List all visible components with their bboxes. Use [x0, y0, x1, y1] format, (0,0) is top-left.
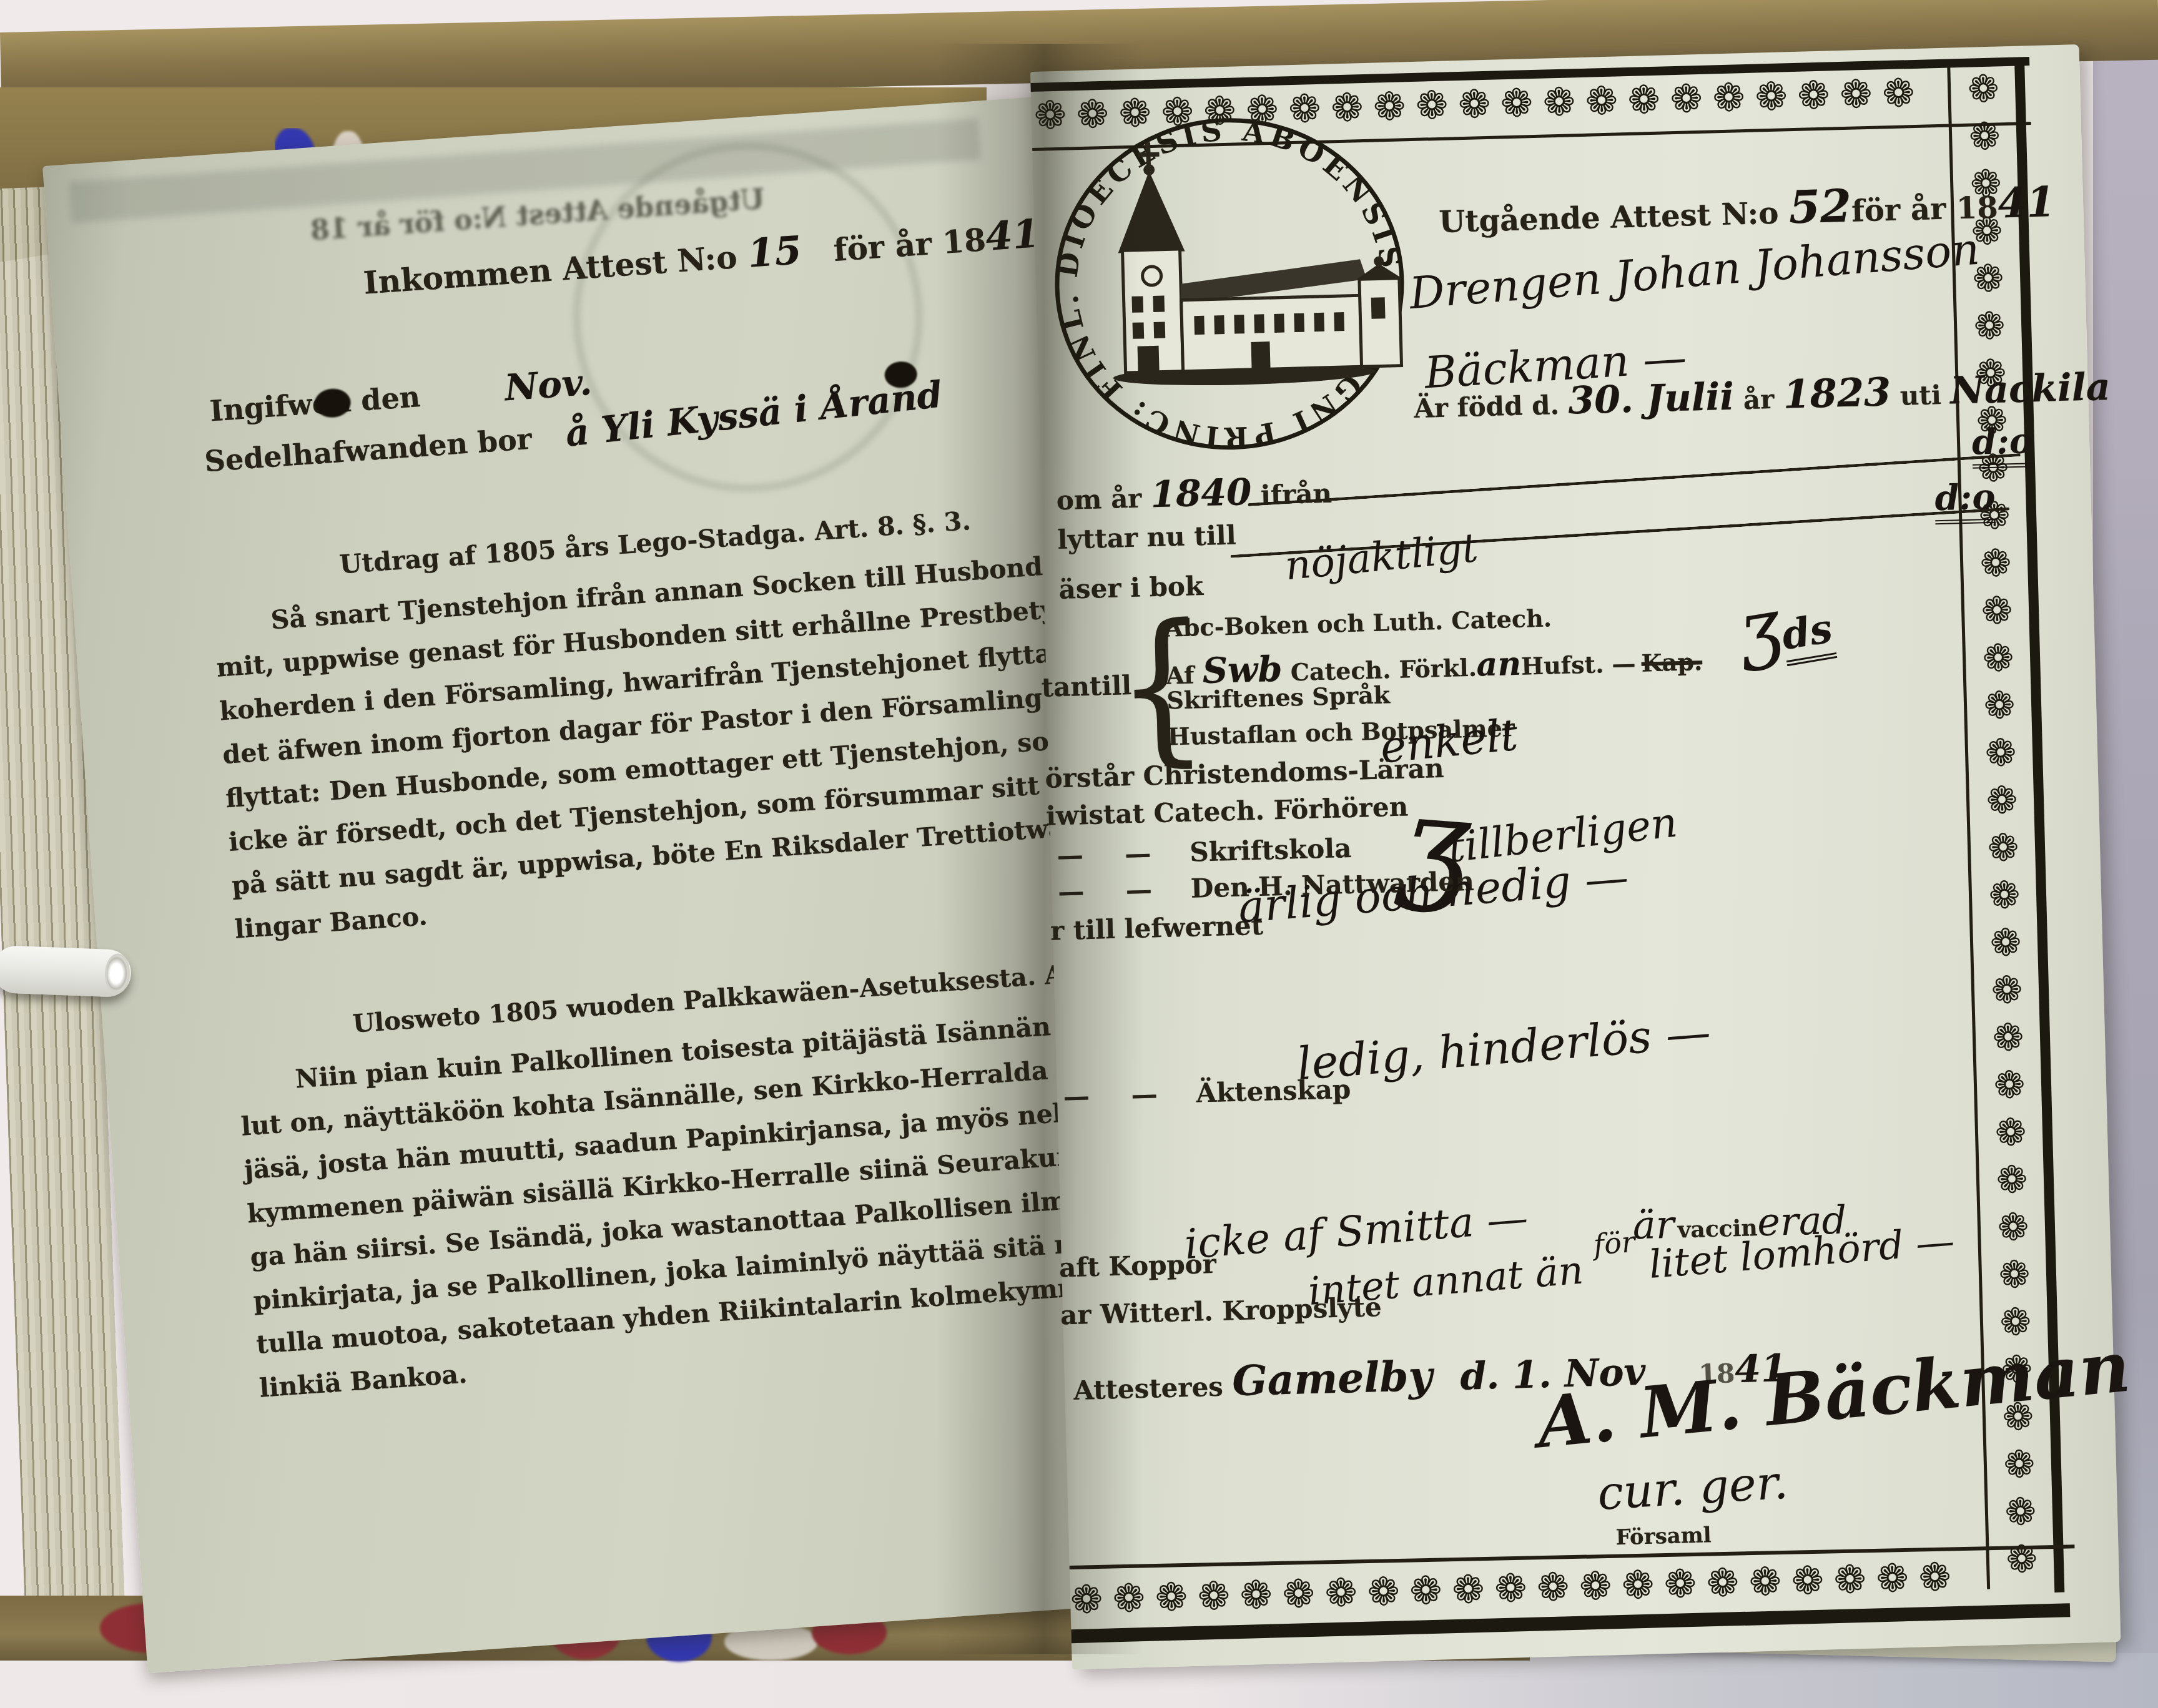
foersaml-small-print: Församl	[1615, 1523, 1712, 1550]
right-page: ❁❁❁❁❁❁❁❁❁❁❁❁❁❁❁❁❁❁❁❁❁ ❁ ❁ ❁ ❁ ❁ ❁ ❁ ❁ ❁ …	[1030, 44, 2121, 1669]
nattvard-dashes: — —	[1058, 874, 1169, 908]
reads-value-handwritten: nöjaktligt	[1283, 525, 1481, 589]
defect-sup-insertion: för	[1592, 1225, 1637, 1262]
born-label: Är född d.	[1414, 390, 1560, 424]
right-title-year-handwritten: 41	[1998, 177, 2056, 227]
cat-row2-hufst: Hufst.	[1521, 650, 1604, 680]
left-title-year-label: för år 18	[832, 221, 987, 268]
cat-row2-dash: —	[1612, 649, 1633, 678]
came-ditto-handwritten: d:o	[1971, 420, 2033, 469]
cat-grade-big: ʒ	[1732, 582, 1788, 674]
attest-place-handwritten: Gamelby	[1231, 1352, 1432, 1405]
holder-label: Sedelhafwanden bor	[204, 422, 533, 479]
came-label: om år	[1056, 483, 1142, 516]
born-place-handwritten: Nackila	[1949, 365, 2111, 413]
attest-label: Attesteres	[1073, 1372, 1224, 1406]
came-from-label: ifrån	[1260, 478, 1332, 511]
attended-row: iwistat Catech. Förhören	[1046, 792, 1409, 832]
left-title-number-handwritten: 15	[746, 227, 803, 277]
photo-of-open-church-attest-book: { "photo":{"width":3456,"height":2736,"s…	[0, 0, 2158, 1708]
cat-row2-kap-struck: Kap.	[1641, 647, 1703, 677]
received-value-handwritten: Nov.	[503, 361, 593, 410]
catechism-row-1: Abc-Boken och Luth. Catech.	[1165, 604, 1552, 642]
cat-grade-small: ds	[1778, 605, 1837, 666]
diocese-seal: DIOECESIS ABOENSIS. MAGNI PRINC: FINL.	[1025, 90, 1447, 488]
page-holder-tube	[0, 945, 132, 998]
left-page: Utgående Attest N:o för år 18 Inkommen A…	[42, 94, 1188, 1674]
born-day-handwritten: 30. Julii	[1568, 375, 1735, 423]
born-uti-label: uti	[1899, 380, 1941, 411]
skriftskola-dashes: — —	[1057, 838, 1168, 871]
conduct-row: r till lefwernet	[1050, 910, 1263, 946]
moves-ditto-handwritten: d:o	[1934, 476, 1996, 525]
right-title-label: Utgående Attest N:o	[1439, 196, 1779, 240]
born-year-handwritten: 1823	[1783, 369, 1891, 417]
marriage-dashes: — —	[1063, 1079, 1174, 1112]
came-row: om år 1840 ifrån	[1056, 469, 1333, 519]
signature-title-handwritten: cur. ger.	[1596, 1455, 1790, 1520]
came-year-handwritten: 1840	[1150, 471, 1252, 516]
finnish-paragraph: Niin pian kuin Palkollinen toisesta pitä…	[237, 1001, 1121, 1410]
born-year-label: år	[1743, 384, 1775, 415]
cat-row2-an-handwritten: an	[1476, 645, 1522, 684]
moves-row: lyttar nu till	[1057, 520, 1236, 555]
swedish-paragraph: Så snart Tjenstehjon ifrån annan Socken …	[212, 543, 1083, 951]
right-title-number-handwritten: 52	[1788, 179, 1852, 234]
catechism-row-3: Skriftenes Språk	[1166, 680, 1391, 714]
skriftskola-label: Skriftskola	[1190, 833, 1352, 868]
skriftskola-row: — —Skriftskola	[1057, 833, 1352, 871]
defect-value-a: intet annat än	[1307, 1247, 1585, 1314]
catechism-grade-handwritten: ʒds	[1732, 574, 1837, 675]
marriage-value-handwritten: ledig, hinderlös —	[1295, 1005, 1712, 1090]
